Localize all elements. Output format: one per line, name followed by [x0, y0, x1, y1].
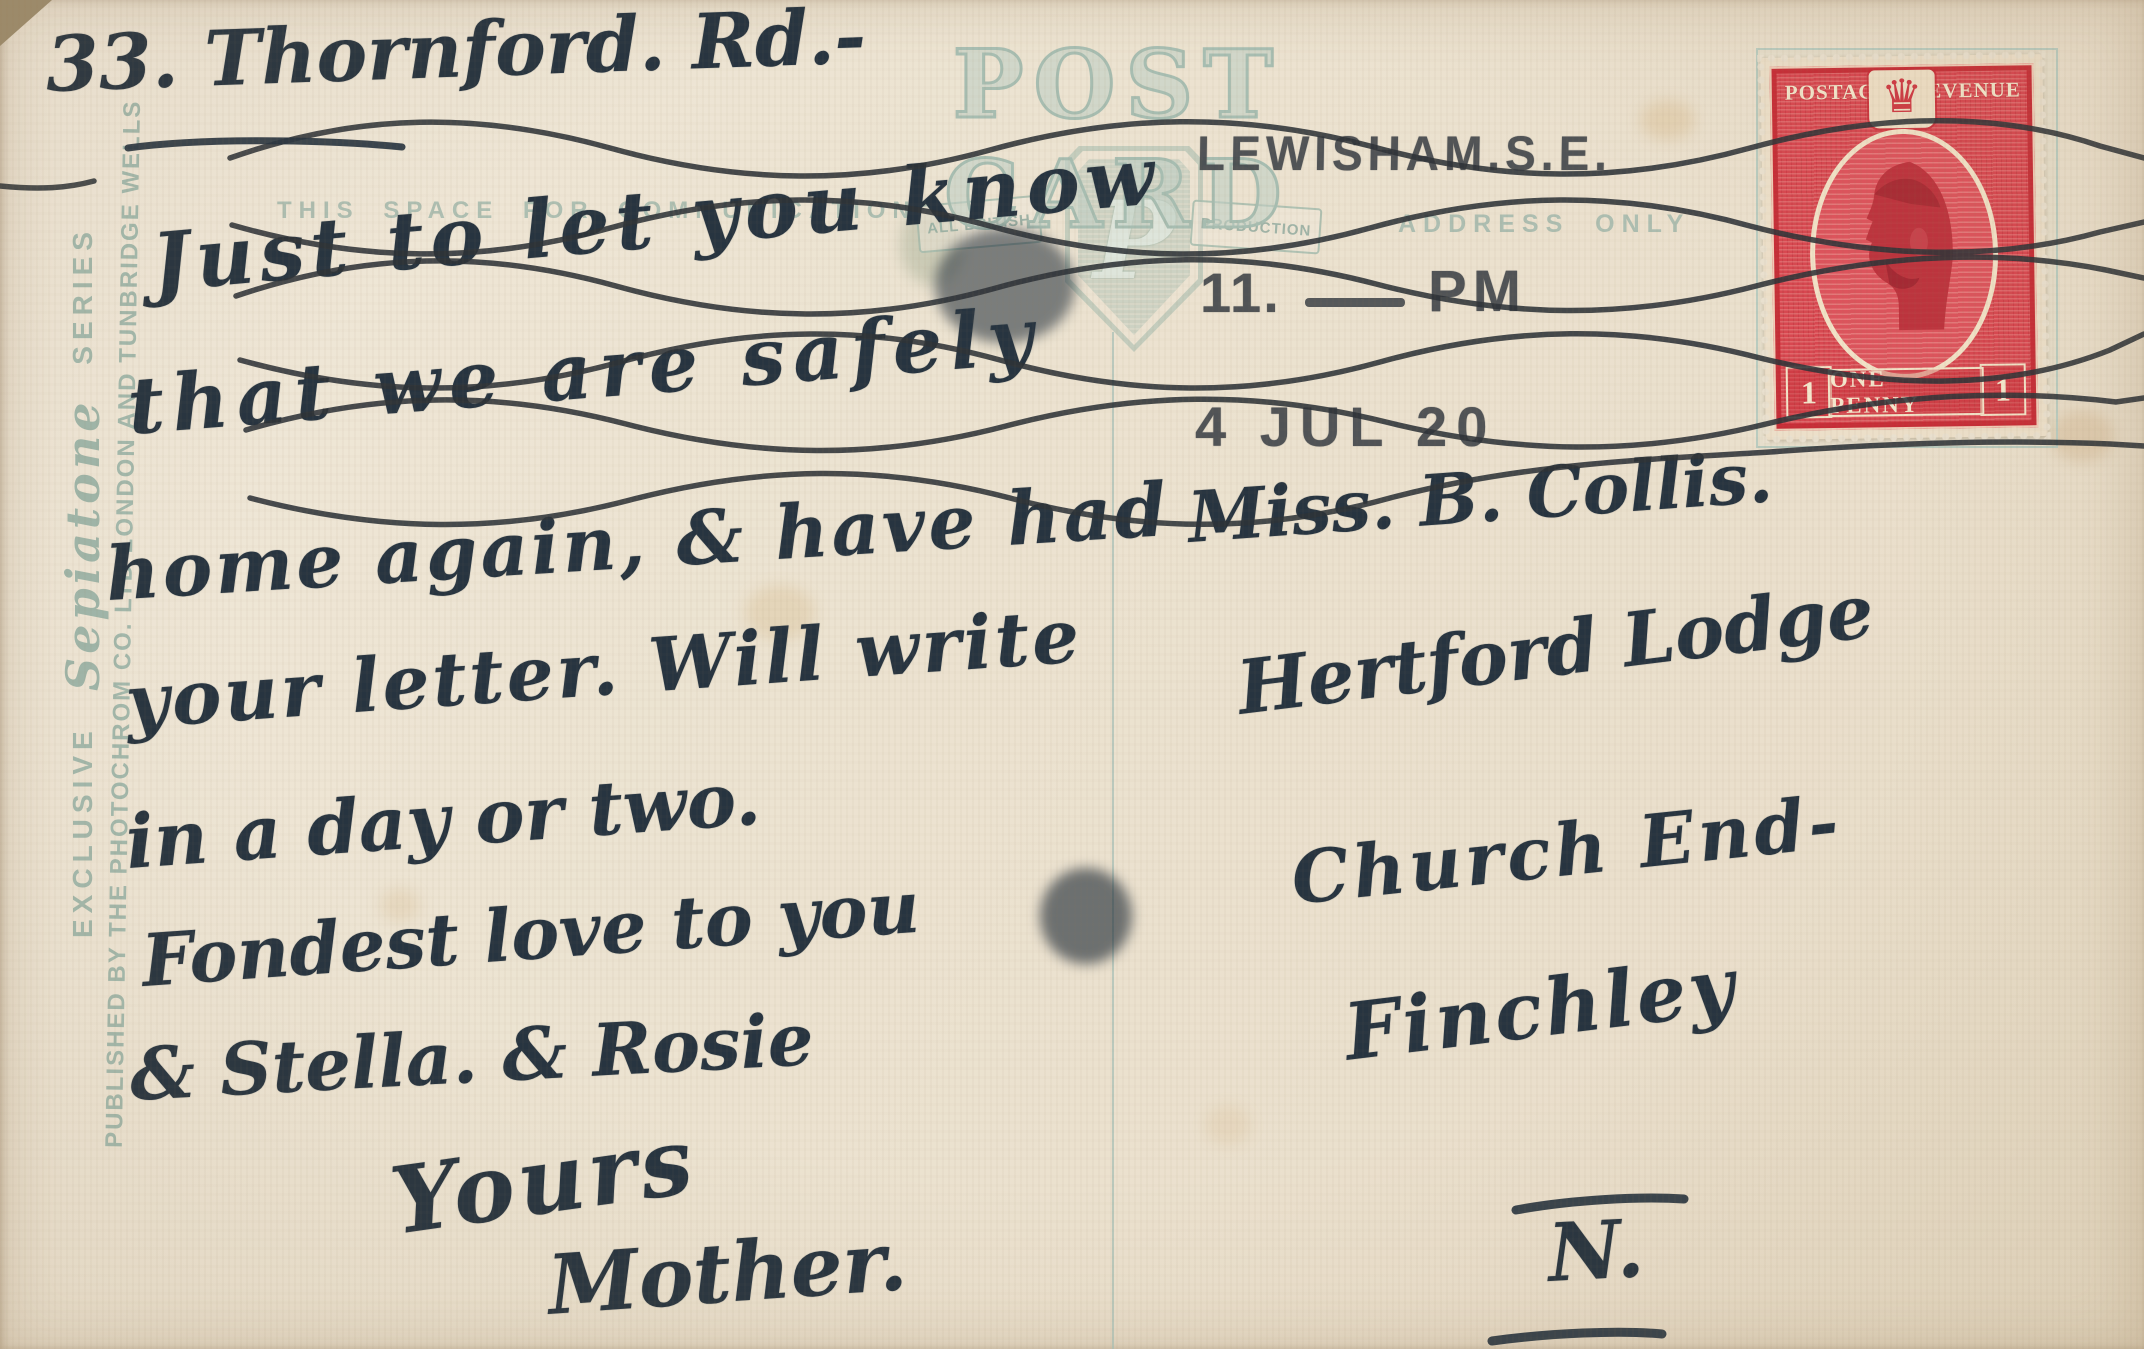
- age-spot: [1205, 1105, 1251, 1145]
- address-only-caption: ADDRESS ONLY: [1398, 210, 1690, 239]
- postmark-date: 4 JUL 20: [1195, 394, 1496, 459]
- postmark-hour: 11.: [1200, 260, 1281, 325]
- age-spot: [2050, 410, 2114, 462]
- king-george-portrait: [1808, 128, 1999, 381]
- ink-blot: [1040, 868, 1132, 964]
- message-line: that we are safely: [124, 290, 1044, 453]
- recipient-postal-letter: N.: [1546, 1201, 1647, 1300]
- stamp-engraving: POSTAGE REVENUE ♛ 1 1 ONE PENNY: [1769, 63, 2038, 431]
- postage-stamp: POSTAGE REVENUE ♛ 1 1 ONE PENNY: [1760, 54, 2047, 440]
- postmark-town: LEWISHAM.S.E.: [1197, 124, 1613, 181]
- message-line: & Stella. & Rosie: [128, 996, 816, 1117]
- sender-underline: [128, 141, 402, 148]
- sender-address-line: 33. Thornford. Rd.-: [44, 0, 867, 109]
- series-exclusive: EXCLUSIVE: [67, 725, 98, 938]
- postcard-back: POST CARD THIS SPACE FOR COMMUNICATION A…: [0, 0, 2144, 1349]
- message-line: Fondest love to you: [139, 864, 922, 1003]
- postmark-meridiem: PM: [1428, 258, 1527, 325]
- recipient-district: Church End-: [1288, 778, 1846, 920]
- series-name: Sepiatone: [56, 399, 110, 692]
- message-line: home again, & have had: [103, 467, 1171, 618]
- crown-icon: ♛: [1881, 69, 1923, 124]
- series-word: SERIES: [67, 226, 98, 365]
- message-line: in a day or two.: [123, 756, 763, 886]
- recipient-house: Hertford Lodge: [1233, 568, 1879, 731]
- king-profile-drawing: [1813, 133, 1994, 375]
- stamp-denomination-right: 1: [1980, 363, 2027, 416]
- stamp-value-label: ONE PENNY: [1828, 367, 1985, 417]
- series-imprint: EXCLUSIVESepiatoneSERIES: [56, 232, 110, 938]
- stamp-perforation: [1757, 48, 2045, 65]
- recipient-town: Finchley: [1339, 940, 1742, 1078]
- postal-underline: [1492, 1332, 1662, 1341]
- stamp-denomination-left: 1: [1786, 366, 1833, 419]
- signature-mother: Mother.: [545, 1213, 910, 1334]
- postmark-dash: [1305, 298, 1405, 307]
- message-line: your letter. Will write: [123, 593, 1085, 746]
- age-spot: [1640, 100, 1695, 140]
